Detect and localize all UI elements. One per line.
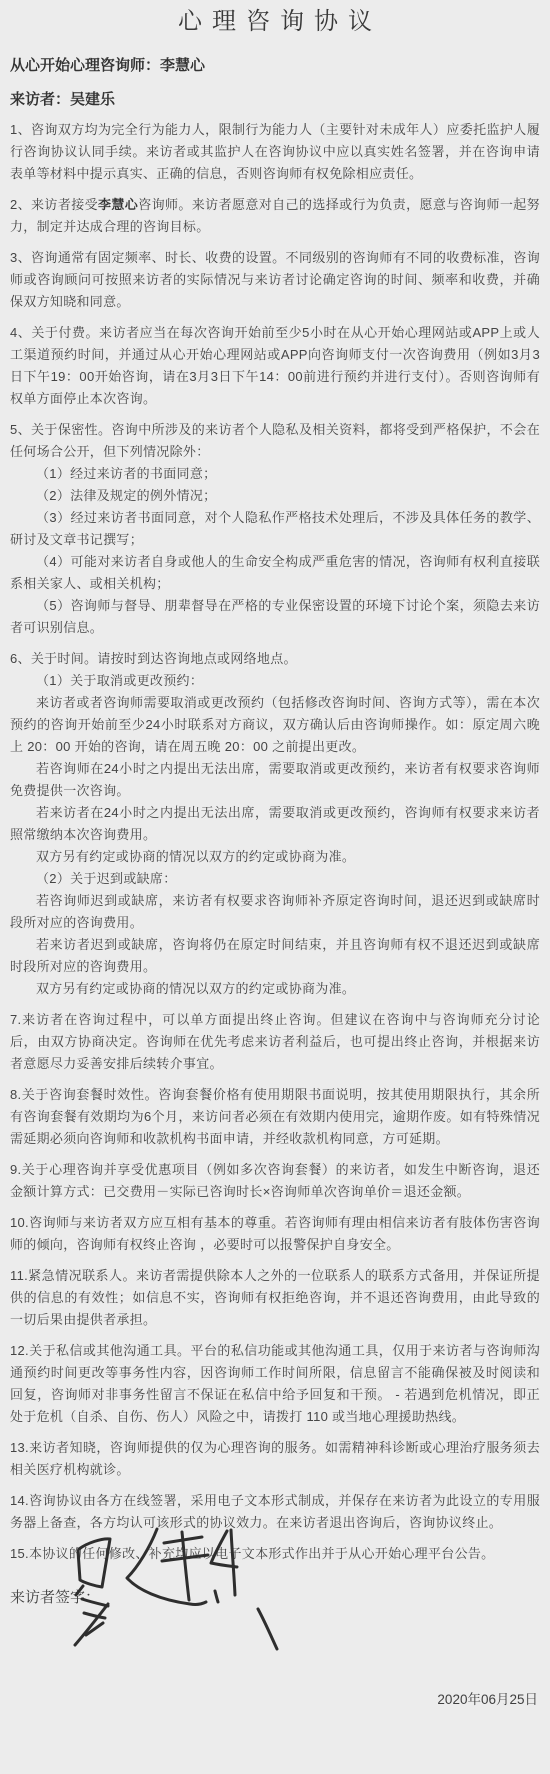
clause-line: 13.来访者知晓，咨询师提供的仅为心理咨询的服务。如需精神科诊断或心理治疗服务须… — [10, 1437, 540, 1481]
visitor-signature — [50, 1505, 290, 1665]
clause-text: （1）关于取消或更改预约： — [36, 673, 203, 688]
signature-stroke — [127, 1529, 206, 1604]
clause-11: 11.紧急情况联系人。来访者需提供除本人之外的一位联系人的联系方式备用，并保证所… — [10, 1265, 540, 1331]
clause-text: 6、关于时间。请按时到达咨询地点或网络地点。 — [10, 651, 297, 666]
clause-2: 2、来访者接受李慧心咨询师。来访者愿意对自己的选择或行为负责，愿意与咨询师一起努… — [10, 194, 540, 238]
clause-text: 9.关于心理咨询并享受优惠项目（例如多次咨询套餐）的来访者，如发生中断咨询，退还… — [10, 1162, 540, 1199]
clause-line: 双方另有约定或协商的情况以双方的约定或协商为准。 — [10, 978, 540, 1000]
clause-line: 2、来访者接受李慧心咨询师。来访者愿意对自己的选择或行为负责，愿意与咨询师一起努… — [10, 194, 540, 238]
clause-text: （2）法律及规定的例外情况； — [36, 488, 216, 503]
visitor-name-line: 来访者：吴建乐 — [10, 76, 540, 110]
clause-text: 3、咨询通常有固定频率、时长、收费的设置。不同级别的咨询师有不同的收费标准，咨询… — [10, 250, 540, 309]
clause-text: 若来访者迟到或缺席，咨询将仍在原定时间结束，并且咨询师有权不退还迟到或缺席时段所… — [10, 937, 540, 974]
clause-line: 8.关于咨询套餐时效性。咨询套餐价格有使用期限书面说明，按其使用期限执行，其余所… — [10, 1084, 540, 1150]
signature-stroke — [215, 1591, 218, 1602]
clause-line: 若来访者在24小时之内提出无法出席，需要取消或更改预约，咨询师有权要求来访者照常… — [10, 802, 540, 846]
agreement-content: 心理咨询协议 从心开始心理咨询师：李慧心 来访者：吴建乐 1、咨询双方均为完全行… — [0, 0, 550, 1609]
clause-text: （5）咨询师与督导、朋辈督导在严格的专业保密设置的环境下讨论个案，须隐去来访者可… — [10, 598, 540, 635]
clause-text: 7.来访者在咨询过程中，可以单方面提出终止咨询。但建议在咨询中与咨询师充分讨论后… — [10, 1012, 540, 1071]
clause-4: 4、关于付费。来访者应当在每次咨询开始前至少5小时在从心开始心理网站或APP上或… — [10, 322, 540, 410]
clause-line: （4）可能对来访者自身或他人的生命安全构成严重危害的情况，咨询师有权利直接联系相… — [10, 551, 540, 595]
clause-text: 13.来访者知晓，咨询师提供的仅为心理咨询的服务。如需精神科诊断或心理治疗服务须… — [10, 1440, 540, 1477]
clause-line: 6、关于时间。请按时到达咨询地点或网络地点。 — [10, 648, 540, 670]
clause-line: 4、关于付费。来访者应当在每次咨询开始前至少5小时在从心开始心理网站或APP上或… — [10, 322, 540, 410]
clause-12: 12.关于私信或其他沟通工具。平台的私信功能或其他沟通工具，仅用于来访者与咨询师… — [10, 1340, 540, 1428]
clause-text: 8.关于咨询套餐时效性。咨询套餐价格有使用期限书面说明，按其使用期限执行，其余所… — [10, 1087, 540, 1146]
clause-line: 来访者或者咨询师需要取消或更改预约（包括修改咨询时间、咨询方式等），需在本次预约… — [10, 692, 540, 758]
clause-text: 1、咨询双方均为完全行为能力人，限制行为能力人（主要针对未成年人）应委托监护人履… — [10, 122, 540, 181]
clause-text: （4）可能对来访者自身或他人的生命安全构成严重危害的情况，咨询师有权利直接联系相… — [10, 554, 540, 591]
clause-text: 5、关于保密性。咨询中所涉及的来访者个人隐私及相关资料，都将受到严格保护，不会在… — [10, 422, 540, 459]
clause-text: 双方另有约定或协商的情况以双方的约定或协商为准。 — [36, 981, 355, 996]
clause-line: 11.紧急情况联系人。来访者需提供除本人之外的一位联系人的联系方式备用，并保证所… — [10, 1265, 540, 1331]
clause-text: 双方另有约定或协商的情况以双方的约定或协商为准。 — [36, 849, 355, 864]
clause-text: 来访者或者咨询师需要取消或更改预约（包括修改咨询时间、咨询方式等），需在本次预约… — [10, 695, 540, 754]
signature-stroke — [78, 1539, 110, 1587]
clause-line: 7.来访者在咨询过程中，可以单方面提出终止咨询。但建议在咨询中与咨询师充分讨论后… — [10, 1009, 540, 1075]
clause-text: 4、关于付费。来访者应当在每次咨询开始前至少5小时在从心开始心理网站或APP上或… — [10, 325, 540, 406]
clause-line: 9.关于心理咨询并享受优惠项目（例如多次咨询套餐）的来访者，如发生中断咨询，退还… — [10, 1159, 540, 1203]
clause-line: （1）关于取消或更改预约： — [10, 670, 540, 692]
clause-line: 3、咨询通常有固定频率、时长、收费的设置。不同级别的咨询师有不同的收费标准，咨询… — [10, 247, 540, 313]
clause-5: 5、关于保密性。咨询中所涉及的来访者个人隐私及相关资料，都将受到严格保护，不会在… — [10, 419, 540, 639]
clause-text: （1）经过来访者的书面同意； — [36, 466, 216, 481]
clause-text: 12.关于私信或其他沟通工具。平台的私信功能或其他沟通工具，仅用于来访者与咨询师… — [10, 1343, 540, 1424]
clause-text: 若咨询师在24小时之内提出无法出席，需要取消或更改预约，来访者有权要求咨询师免费… — [10, 761, 540, 798]
clause-13: 13.来访者知晓，咨询师提供的仅为心理咨询的服务。如需精神科诊断或心理治疗服务须… — [10, 1437, 540, 1481]
clause-line: 若咨询师在24小时之内提出无法出席，需要取消或更改预约，来访者有权要求咨询师免费… — [10, 758, 540, 802]
clause-text: 10.咨询师与来访者双方应互相有基本的尊重。若咨询师有理由相信来访者有肢体伤害咨… — [10, 1215, 540, 1252]
clause-10: 10.咨询师与来访者双方应互相有基本的尊重。若咨询师有理由相信来访者有肢体伤害咨… — [10, 1212, 540, 1256]
clauses-list: 1、咨询双方均为完全行为能力人，限制行为能力人（主要针对未成年人）应委托监护人履… — [10, 119, 540, 1565]
clause-text: 若咨询师迟到或缺席，来访者有权要求咨询师补齐原定咨询时间，退还迟到或缺席时段所对… — [10, 893, 540, 930]
clause-line: （3）经过来访者书面同意，对个人隐私作严格技术处理后，不涉及具体任务的教学、研讨… — [10, 507, 540, 551]
clause-6: 6、关于时间。请按时到达咨询地点或网络地点。（1）关于取消或更改预约：来访者或者… — [10, 648, 540, 1000]
clause-line: （1）经过来访者的书面同意； — [10, 463, 540, 485]
counselor-name-emphasis: 李慧心 — [98, 197, 138, 212]
signature-stroke — [258, 1609, 277, 1649]
clause-line: 12.关于私信或其他沟通工具。平台的私信功能或其他沟通工具，仅用于来访者与咨询师… — [10, 1340, 540, 1428]
handwritten-signature-svg — [50, 1505, 290, 1665]
clause-text: 若来访者在24小时之内提出无法出席，需要取消或更改预约，咨询师有权要求来访者照常… — [10, 805, 540, 842]
clause-line: 双方另有约定或协商的情况以双方的约定或协商为准。 — [10, 846, 540, 868]
counselor-name-line: 从心开始心理咨询师：李慧心 — [10, 38, 540, 76]
clause-line: 5、关于保密性。咨询中所涉及的来访者个人隐私及相关资料，都将受到严格保护，不会在… — [10, 419, 540, 463]
signature-stroke — [82, 1599, 108, 1606]
clause-8: 8.关于咨询套餐时效性。咨询套餐价格有使用期限书面说明，按其使用期限执行，其余所… — [10, 1084, 540, 1150]
clause-line: 1、咨询双方均为完全行为能力人，限制行为能力人（主要针对未成年人）应委托监护人履… — [10, 119, 540, 185]
signature-date: 2020年06月25日 — [437, 1690, 538, 1710]
clause-line: （5）咨询师与督导、朋辈督导在严格的专业保密设置的环境下讨论个案，须隐去来访者可… — [10, 595, 540, 639]
clause-line: 若咨询师迟到或缺席，来访者有权要求咨询师补齐原定咨询时间，退还迟到或缺席时段所对… — [10, 890, 540, 934]
signature-stroke — [76, 1586, 83, 1595]
clause-3: 3、咨询通常有固定频率、时长、收费的设置。不同级别的咨询师有不同的收费标准，咨询… — [10, 247, 540, 313]
clause-text: 11.紧急情况联系人。来访者需提供除本人之外的一位联系人的联系方式备用，并保证所… — [10, 1268, 540, 1327]
clause-text: 2、来访者接受 — [10, 197, 98, 212]
clause-text: （3）经过来访者书面同意，对个人隐私作严格技术处理后，不涉及具体任务的教学、研讨… — [10, 510, 540, 547]
clause-line: 10.咨询师与来访者双方应互相有基本的尊重。若咨询师有理由相信来访者有肢体伤害咨… — [10, 1212, 540, 1256]
clause-line: （2）关于迟到或缺席： — [10, 868, 540, 890]
page-title: 心理咨询协议 — [10, 6, 540, 38]
clause-line: （2）法律及规定的例外情况； — [10, 485, 540, 507]
clause-line: 若来访者迟到或缺席，咨询将仍在原定时间结束，并且咨询师有权不退还迟到或缺席时段所… — [10, 934, 540, 978]
clause-text: （2）关于迟到或缺席： — [36, 871, 177, 886]
clause-9: 9.关于心理咨询并享受优惠项目（例如多次咨询套餐）的来访者，如发生中断咨询，退还… — [10, 1159, 540, 1203]
signature-stroke — [231, 1530, 235, 1595]
clause-7: 7.来访者在咨询过程中，可以单方面提出终止咨询。但建议在咨询中与咨询师充分讨论后… — [10, 1009, 540, 1075]
signature-stroke — [182, 1532, 189, 1600]
clause-1: 1、咨询双方均为完全行为能力人，限制行为能力人（主要针对未成年人）应委托监护人履… — [10, 119, 540, 185]
agreement-page: 心理咨询协议 从心开始心理咨询师：李慧心 来访者：吴建乐 1、咨询双方均为完全行… — [0, 0, 550, 1774]
